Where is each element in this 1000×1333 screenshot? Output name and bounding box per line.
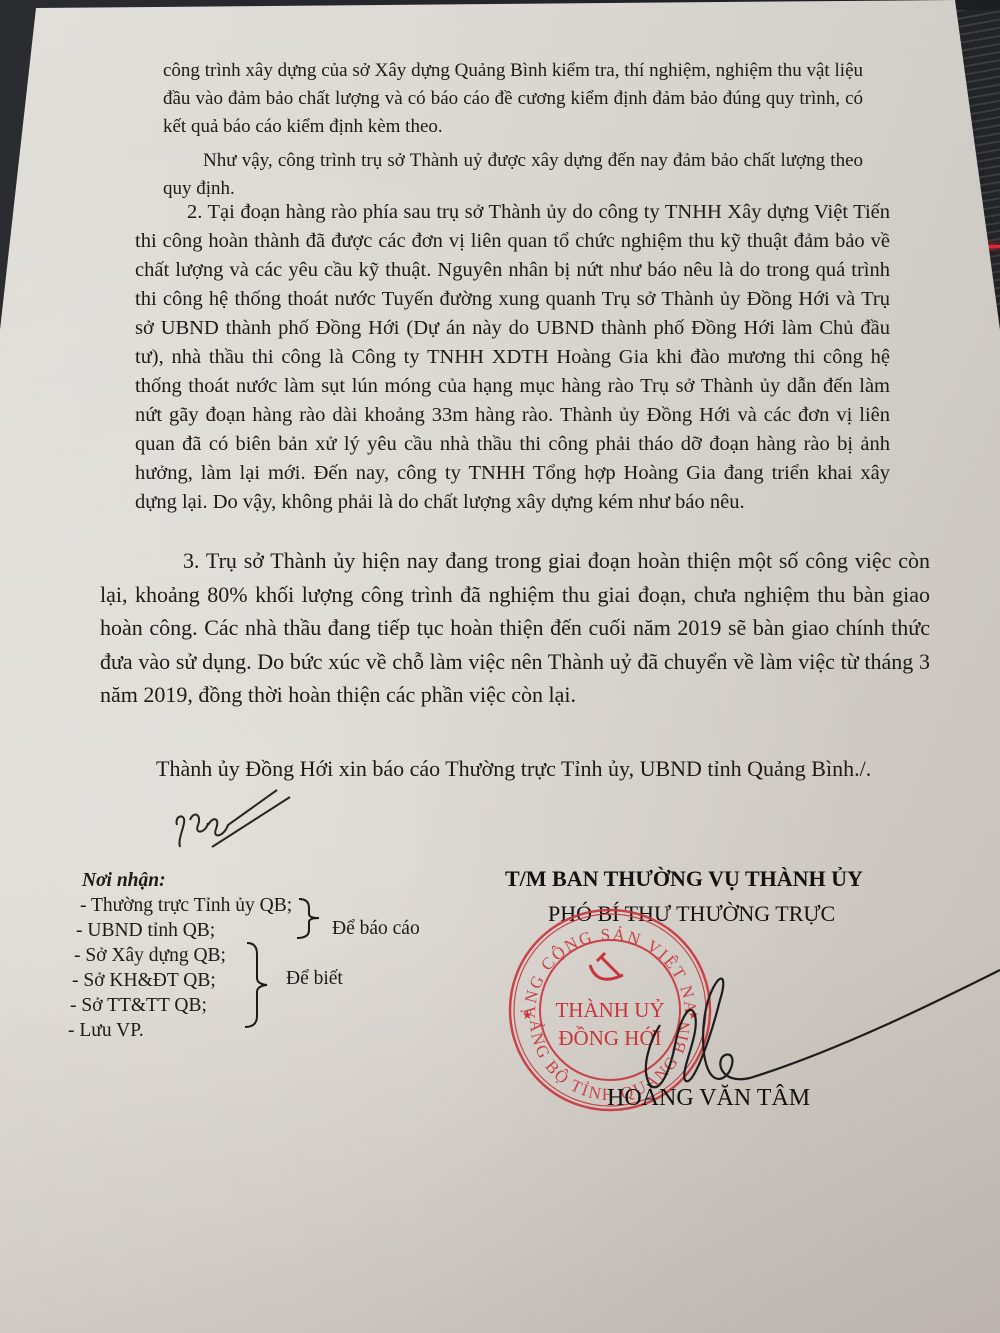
group-report-label: Để báo cáo bbox=[332, 918, 420, 940]
hammer-sickle-icon bbox=[590, 953, 623, 979]
item-2-paragraph: 2. Tại đoạn hàng rào phía sau trụ sở Thà… bbox=[135, 198, 890, 517]
recipients-heading: Nơi nhận: bbox=[82, 868, 292, 893]
brace-report-icon bbox=[295, 896, 325, 941]
closing-paragraph: Thành ủy Đồng Hới xin báo cáo Thường trự… bbox=[88, 752, 943, 786]
brace-info-icon bbox=[243, 940, 273, 1030]
item-3-paragraph: 3. Trụ sở Thành ủy hiện nay đang trong g… bbox=[100, 544, 930, 712]
group-info-label: Để biết bbox=[286, 968, 343, 990]
initials-signature bbox=[172, 785, 292, 855]
signer-name: HOÀNG VĂN TÂM bbox=[607, 1085, 810, 1112]
conclusion-paragraph: Như vậy, công trình trụ sở Thành uỷ được… bbox=[163, 147, 863, 203]
body-closing: Thành ủy Đồng Hới xin báo cáo Thường trự… bbox=[88, 752, 943, 786]
signature-on-behalf: T/M BAN THƯỜNG VỤ THÀNH ỦY bbox=[505, 866, 863, 892]
body-section-2: 2. Tại đoạn hàng rào phía sau trụ sở Thà… bbox=[135, 198, 890, 517]
recipient-item: - Thường trực Tỉnh ủy QB; bbox=[80, 893, 292, 918]
continuation-paragraph: công trình xây dựng của sở Xây dựng Quản… bbox=[163, 57, 863, 141]
svg-text:★: ★ bbox=[522, 1008, 533, 1022]
body-section-3: 3. Trụ sở Thành ủy hiện nay đang trong g… bbox=[100, 544, 930, 712]
body-section-1: công trình xây dựng của sở Xây dựng Quản… bbox=[163, 57, 863, 203]
